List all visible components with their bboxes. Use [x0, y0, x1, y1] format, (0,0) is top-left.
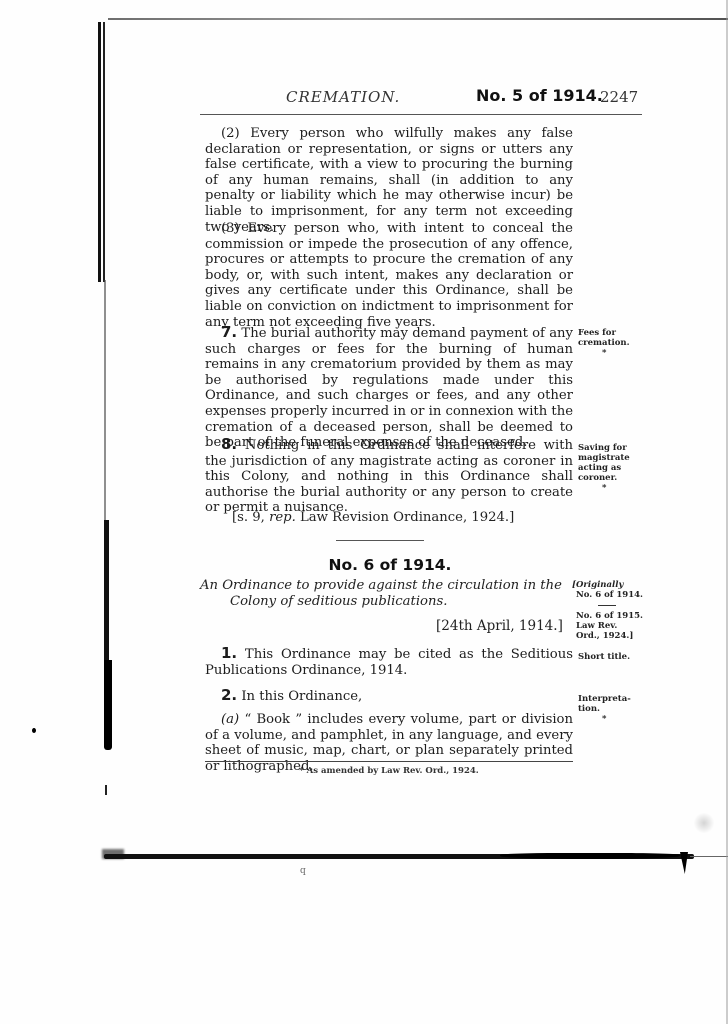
ordinance-6-section-2: 2. In this Ordinance,	[205, 688, 573, 705]
scan-binding-bar	[104, 520, 109, 680]
history-line: [Originally	[572, 580, 652, 590]
ordinance-6-date: [24th April, 1914.]	[436, 618, 563, 634]
repealed-prefix: [s. 9,	[232, 510, 269, 525]
scan-bottom-edge-tail	[690, 856, 728, 857]
marginal-line: cremation.	[578, 338, 648, 348]
section-2-number: 2.	[221, 686, 237, 704]
section-7-number: 7.	[221, 323, 237, 341]
footnote: * As amended by Law Rev. Ord., 1924.	[200, 766, 578, 776]
section-7-marginal-note: Fees for cremation. *	[578, 328, 648, 358]
scan-bottom-edge-swell	[500, 853, 680, 859]
amendment-asterisk: *	[578, 348, 648, 358]
subsection-2-text: (2) Every person who wilfully makes any …	[205, 126, 573, 235]
scan-bottom-edge-spike	[680, 852, 688, 874]
ordinance-6-heading: No. 6 of 1914.	[200, 556, 580, 574]
ordinance-6-history-note: [Originally No. 6 of 1914. No. 6 of 1915…	[572, 580, 652, 641]
footnote-rule	[205, 761, 573, 762]
marginal-line: Short title.	[578, 652, 630, 662]
scan-binding-edge	[98, 22, 105, 282]
page-number: 2247	[600, 88, 638, 106]
long-title-line-1: An Ordinance to provide against the circ…	[200, 578, 562, 593]
section-1-marginal-note: Short title.	[578, 652, 648, 662]
section-7: 7. The burial authority may demand payme…	[205, 325, 573, 451]
marginal-line: magistrate	[578, 453, 648, 463]
scan-right-smudge	[694, 812, 714, 834]
scan-binding-line	[104, 280, 106, 560]
subsection-3-text: (3) Every person who, with intent to con…	[205, 221, 573, 330]
section-8: 8. Nothing in this Ordinance shall inter…	[205, 437, 573, 516]
amendment-asterisk: *	[578, 483, 648, 493]
ordinance-6-long-title: An Ordinance to provide against the circ…	[200, 578, 572, 609]
section-7-text: The burial authority may demand payment …	[205, 326, 573, 450]
scan-ink-dot	[32, 728, 36, 733]
running-head-title: CREMATION.	[286, 88, 400, 106]
marginal-line: coroner.	[578, 473, 648, 483]
history-line: Law Rev.	[572, 621, 652, 631]
paragraph-label: (a)	[221, 712, 239, 727]
scan-top-edge-line	[108, 18, 728, 20]
marginal-line: tion.	[578, 704, 648, 714]
history-line: No. 6 of 1915.	[572, 611, 652, 621]
section-8-text: Nothing in this Ordinance shall interfer…	[205, 438, 573, 515]
running-head-ordinance-number: No. 5 of 1914.	[476, 86, 603, 105]
ordinance-divider	[336, 540, 424, 541]
header-rule	[200, 114, 642, 115]
marginal-line: Interpreta-	[578, 694, 648, 704]
history-dash	[598, 605, 616, 606]
marginal-line: acting as	[578, 463, 648, 473]
scan-binding-tick	[105, 785, 107, 795]
section-2-marginal-note: Interpreta- tion. *	[578, 694, 648, 724]
section-9-repealed-note: [s. 9, rep. Law Revision Ordinance, 1924…	[232, 510, 514, 525]
section-2a-text: “ Book ” includes every volume, part or …	[205, 712, 573, 774]
long-title-line-2: Colony of seditious publications.	[200, 594, 572, 610]
repealed-suffix: Law Revision Ordinance, 1924.]	[296, 510, 514, 525]
marginal-line: Fees for	[578, 328, 648, 338]
amendment-asterisk: *	[578, 714, 648, 724]
marginal-line: Saving for	[578, 443, 648, 453]
stray-ink-mark: q	[300, 866, 306, 876]
section-1-number: 1.	[221, 644, 237, 662]
subsection-2: (2) Every person who wilfully makes any …	[205, 126, 573, 235]
repealed-abbrev: rep.	[269, 510, 296, 525]
scanned-page: CREMATION. No. 5 of 1914. 2247 (2) Every…	[0, 0, 728, 1024]
subsection-3: (3) Every person who, with intent to con…	[205, 221, 573, 330]
section-8-marginal-note: Saving for magistrate acting as coroner.…	[578, 443, 648, 493]
ordinance-6-section-1: 1. This Ordinance may be cited as the Se…	[205, 646, 573, 678]
history-line: Ord., 1924.]	[572, 631, 652, 641]
running-head: CREMATION. No. 5 of 1914. 2247	[200, 86, 642, 110]
section-8-number: 8.	[221, 435, 237, 453]
scan-binding-shadow	[104, 660, 112, 750]
section-1-text: This Ordinance may be cited as the Sedit…	[205, 647, 573, 678]
history-line: No. 6 of 1914.	[572, 590, 652, 600]
section-2-text: In this Ordinance,	[241, 689, 362, 704]
